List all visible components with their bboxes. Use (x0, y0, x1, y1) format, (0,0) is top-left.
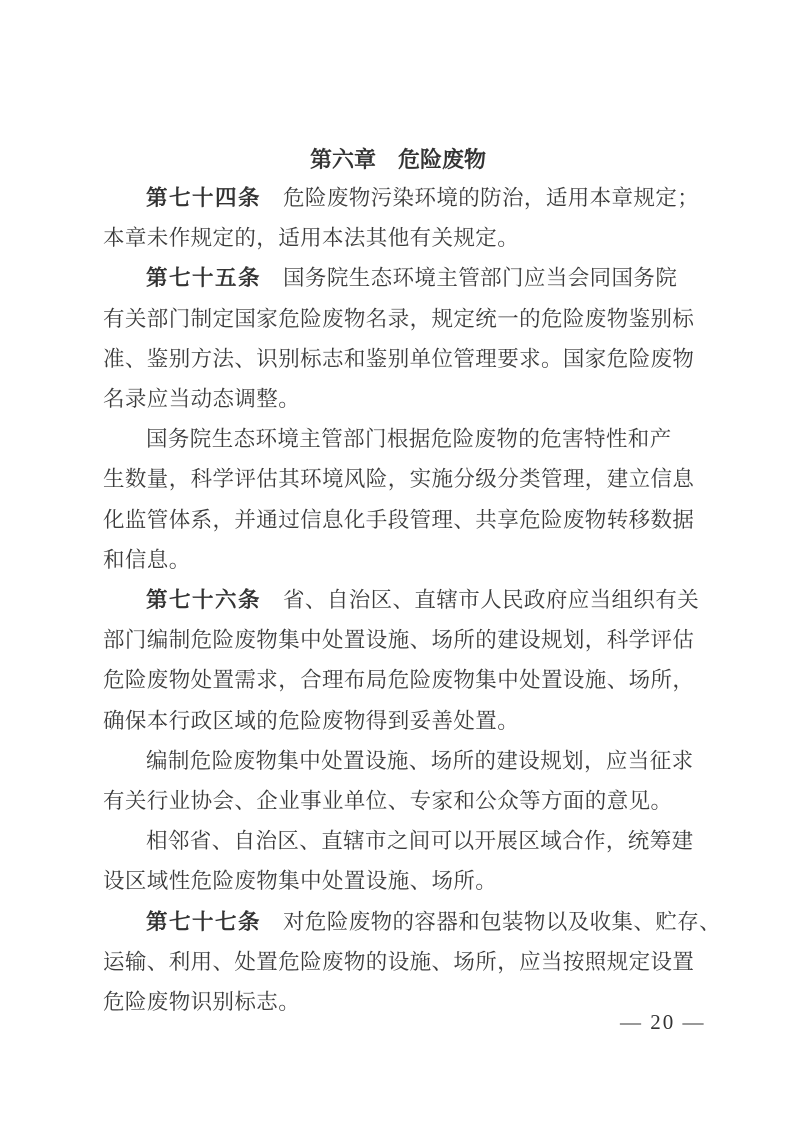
article-label: 第七十七条 (146, 910, 261, 935)
article-76: 第七十六条省、自治区、直辖市人民政府应当组织有关 部门编制危险废物集中处置设施、… (103, 581, 693, 742)
article-75-paragraph-2: 国务院生态环境主管部门根据危险废物的危害特性和产 生数量，科学评估其环境风险，实… (103, 420, 693, 581)
document-page: 第六章危险废物 第七十四条危险废物污染环境的防治，适用本章规定； 本章未作规定的… (103, 143, 693, 1023)
article-75: 第七十五条国务院生态环境主管部门应当会同国务院 有关部门制定国家危险废物名录，规… (103, 259, 693, 420)
article-76-paragraph-3: 相邻省、自治区、直辖市之间可以开展区域合作，统筹建 设区域性危险废物集中处置设施… (103, 822, 693, 902)
chapter-number: 第六章 (310, 148, 376, 173)
article-74: 第七十四条危险废物污染环境的防治，适用本章规定； 本章未作规定的，适用本法其他有… (103, 179, 693, 259)
article-label: 第七十六条 (146, 588, 261, 613)
article-77: 第七十七条对危险废物的容器和包装物以及收集、贮存、 运输、利用、处置危险废物的设… (103, 903, 693, 1024)
page-number: — 20 — (620, 1010, 706, 1035)
article-label: 第七十五条 (146, 266, 261, 291)
article-76-paragraph-2: 编制危险废物集中处置设施、场所的建设规划，应当征求 有关行业协会、企业事业单位、… (103, 742, 693, 822)
chapter-title: 第六章危险废物 (103, 143, 693, 179)
article-label: 第七十四条 (146, 186, 261, 211)
chapter-name: 危险废物 (398, 148, 486, 173)
